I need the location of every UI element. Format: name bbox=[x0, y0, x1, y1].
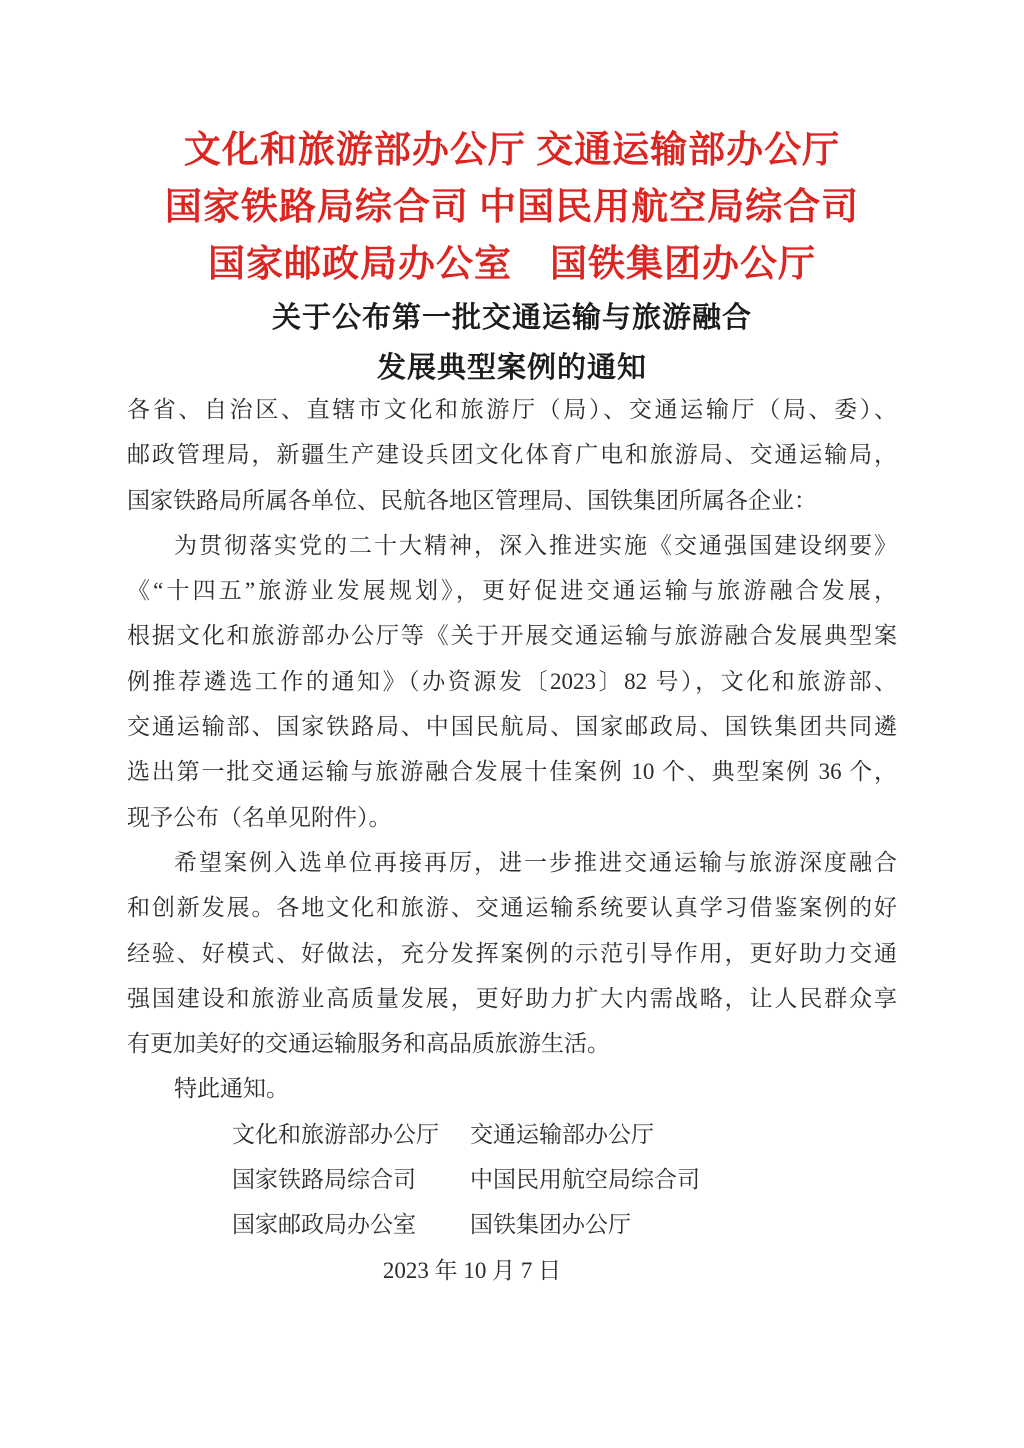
signature-block: 文化和旅游部办公厅 交通运输部办公厅 国家铁路局综合司 中国民用航空局综合司 国… bbox=[232, 1112, 712, 1293]
document-title-line-2: 发展典型案例的通知 bbox=[0, 343, 1024, 393]
document-title: 关于公布第一批交通运输与旅游融合 发展典型案例的通知 bbox=[0, 293, 1024, 393]
signature-org-left: 国家邮政局办公室 bbox=[232, 1202, 470, 1247]
paragraph-line: 交通运输部、国家铁路局、中国民航局、国家邮政局、国铁集团共同遴 bbox=[127, 704, 897, 749]
paragraph-line: 选出第一批交通运输与旅游融合发展十佳案例 10 个、典型案例 36 个， bbox=[127, 749, 897, 794]
document-page: 文化和旅游部办公厅 交通运输部办公厅 国家铁路局综合司 中国民用航空局综合司 国… bbox=[0, 0, 1024, 1448]
paragraph-line: 为贯彻落实党的二十大精神，深入推进实施《交通强国建设纲要》 bbox=[127, 523, 897, 568]
paragraph-line: 例推荐遴选工作的通知》（办资源发〔2023〕82 号），文化和旅游部、 bbox=[127, 659, 897, 704]
paragraph-line: 有更加美好的交通运输服务和高品质旅游生活。 bbox=[127, 1021, 897, 1066]
paragraph-line: 希望案例入选单位再接再厉，进一步推进交通运输与旅游深度融合 bbox=[127, 840, 897, 885]
paragraph-line: 《“十四五”旅游业发展规划》，更好促进交通运输与旅游融合发展， bbox=[127, 568, 897, 613]
signature-org-right: 中国民用航空局综合司 bbox=[470, 1157, 712, 1202]
signature-org-left: 文化和旅游部办公厅 bbox=[232, 1112, 470, 1157]
signature-row: 文化和旅游部办公厅 交通运输部办公厅 bbox=[232, 1112, 712, 1157]
paragraph-line: 根据文化和旅游部办公厅等《关于开展交通运输与旅游融合发展典型案 bbox=[127, 613, 897, 658]
salutation-line: 国家铁路局所属各单位、民航各地区管理局、国铁集团所属各企业： bbox=[127, 478, 897, 523]
letterhead-line-1: 文化和旅游部办公厅 交通运输部办公厅 bbox=[0, 122, 1024, 179]
body-paragraph-2: 希望案例入选单位再接再厉，进一步推进交通运输与旅游深度融合 和创新发展。各地文化… bbox=[127, 840, 897, 1066]
signature-row: 国家邮政局办公室 国铁集团办公厅 bbox=[232, 1202, 712, 1247]
document-title-line-1: 关于公布第一批交通运输与旅游融合 bbox=[0, 293, 1024, 343]
signature-date: 2023 年 10 月 7 日 bbox=[232, 1248, 712, 1293]
signature-org-left: 国家铁路局综合司 bbox=[232, 1157, 470, 1202]
salutation: 各省、自治区、直辖市文化和旅游厅（局）、交通运输厅（局、委）、 邮政管理局，新疆… bbox=[127, 387, 897, 523]
document-body: 各省、自治区、直辖市文化和旅游厅（局）、交通运输厅（局、委）、 邮政管理局，新疆… bbox=[127, 387, 897, 1112]
paragraph-line: 和创新发展。各地文化和旅游、交通运输系统要认真学习借鉴案例的好 bbox=[127, 885, 897, 930]
salutation-line: 邮政管理局，新疆生产建设兵团文化体育广电和旅游局、交通运输局， bbox=[127, 432, 897, 477]
paragraph-line: 强国建设和旅游业高质量发展，更好助力扩大内需战略，让人民群众享 bbox=[127, 976, 897, 1021]
signature-org-right: 国铁集团办公厅 bbox=[470, 1202, 712, 1247]
paragraph-line: 现予公布（名单见附件）。 bbox=[127, 795, 897, 840]
letterhead-line-3: 国家邮政局办公室 国铁集团办公厅 bbox=[0, 236, 1024, 293]
signature-row: 国家铁路局综合司 中国民用航空局综合司 bbox=[232, 1157, 712, 1202]
letterhead: 文化和旅游部办公厅 交通运输部办公厅 国家铁路局综合司 中国民用航空局综合司 国… bbox=[0, 0, 1024, 293]
body-paragraph-1: 为贯彻落实党的二十大精神，深入推进实施《交通强国建设纲要》 《“十四五”旅游业发… bbox=[127, 523, 897, 840]
salutation-line: 各省、自治区、直辖市文化和旅游厅（局）、交通运输厅（局、委）、 bbox=[127, 387, 897, 432]
closing-line: 特此通知。 bbox=[127, 1066, 897, 1111]
paragraph-line: 经验、好模式、好做法，充分发挥案例的示范引导作用，更好助力交通 bbox=[127, 931, 897, 976]
letterhead-line-2: 国家铁路局综合司 中国民用航空局综合司 bbox=[0, 179, 1024, 236]
signature-org-right: 交通运输部办公厅 bbox=[470, 1112, 712, 1157]
